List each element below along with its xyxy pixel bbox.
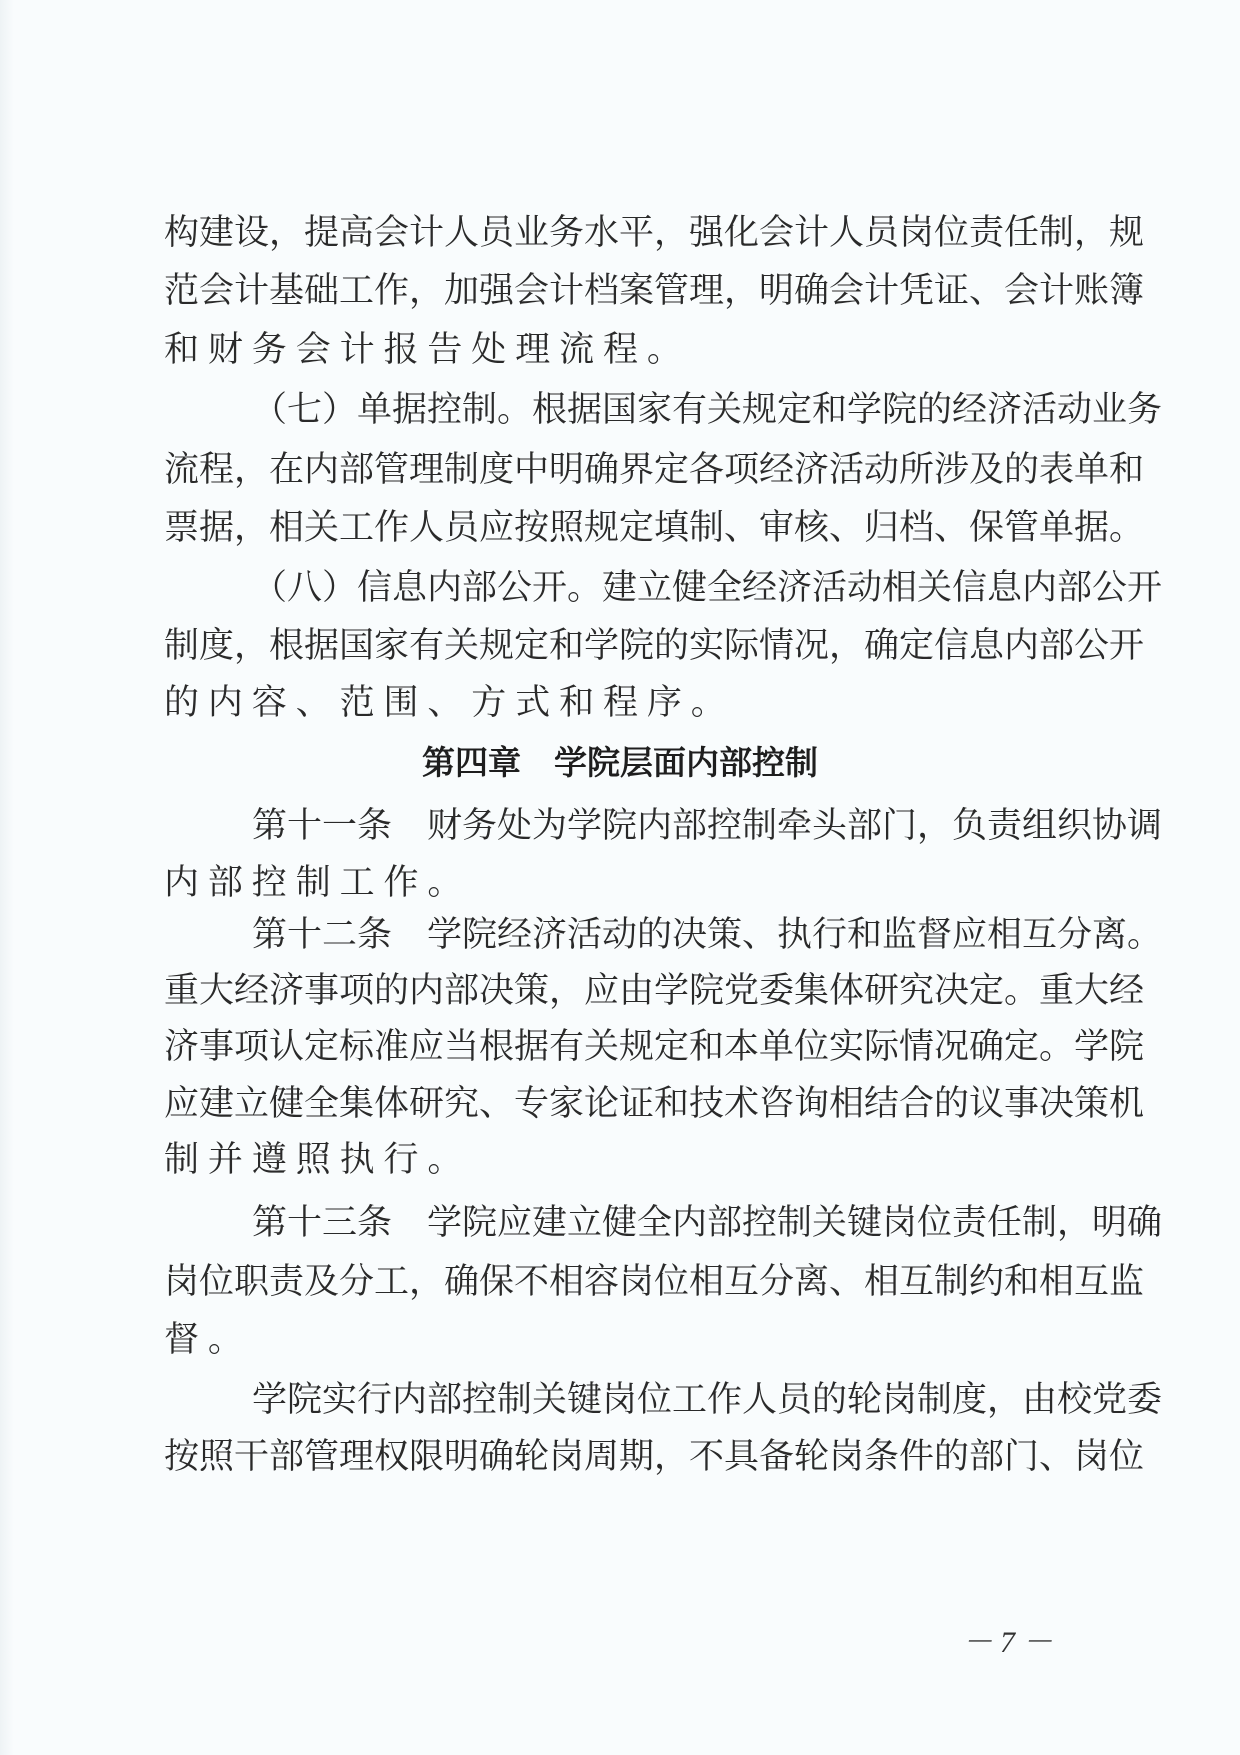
article-line: 内部控制工作。 bbox=[164, 861, 1086, 905]
article-line: 重大经济事项的内部决策，应由学院党委集体研究决定。重大经 bbox=[164, 969, 1086, 1013]
paragraph-line: 和财务会计报告处理流程。 bbox=[164, 328, 1086, 372]
document-page: 构建设，提高会计人员业务水平，强化会计人员岗位责任制，规 范会计基础工作，加强会… bbox=[0, 0, 1240, 1755]
article-line: 第十一条 财务处为学院内部控制牵头部门，负责组织协调 bbox=[252, 804, 1086, 848]
paragraph-line: 构建设，提高会计人员业务水平，强化会计人员岗位责任制，规 bbox=[164, 211, 1086, 255]
article-line: 学院实行内部控制关键岗位工作人员的轮岗制度，由校党委 bbox=[252, 1378, 1086, 1422]
paragraph-line: 的内容、范围、方式和程序。 bbox=[164, 681, 1086, 725]
article-line: 应建立健全集体研究、专家论证和技术咨询相结合的议事决策机 bbox=[164, 1082, 1086, 1126]
paragraph-line: （八）信息内部公开。建立健全经济活动相关信息内部公开 bbox=[252, 566, 1086, 610]
article-line: 按照干部管理权限明确轮岗周期，不具备轮岗条件的部门、岗位 bbox=[164, 1435, 1086, 1479]
paragraph-line: 制度，根据国家有关规定和学院的实际情况，确定信息内部公开 bbox=[164, 624, 1086, 668]
paragraph-line: 流程，在内部管理制度中明确界定各项经济活动所涉及的表单和 bbox=[164, 448, 1086, 492]
article-line: 第十二条 学院经济活动的决策、执行和监督应相互分离。 bbox=[252, 913, 1086, 957]
article-line: 第十三条 学院应建立健全内部控制关键岗位责任制，明确 bbox=[252, 1201, 1086, 1245]
article-line: 制并遵照执行。 bbox=[164, 1138, 1086, 1182]
article-line: 济事项认定标准应当根据有关规定和本单位实际情况确定。学院 bbox=[164, 1025, 1086, 1069]
article-line: 岗位职责及分工，确保不相容岗位相互分离、相互制约和相互监 bbox=[164, 1260, 1086, 1304]
chapter-heading: 第四章 学院层面内部控制 bbox=[0, 741, 1240, 785]
paragraph-line: 票据，相关工作人员应按照规定填制、审核、归档、保管单据。 bbox=[164, 506, 1086, 550]
page-number: － 7 － bbox=[935, 1625, 1080, 1661]
article-line: 督。 bbox=[164, 1318, 1086, 1362]
paragraph-line: 范会计基础工作，加强会计档案管理，明确会计凭证、会计账簿 bbox=[164, 269, 1086, 313]
paragraph-line: （七）单据控制。根据国家有关规定和学院的经济活动业务 bbox=[252, 388, 1086, 432]
